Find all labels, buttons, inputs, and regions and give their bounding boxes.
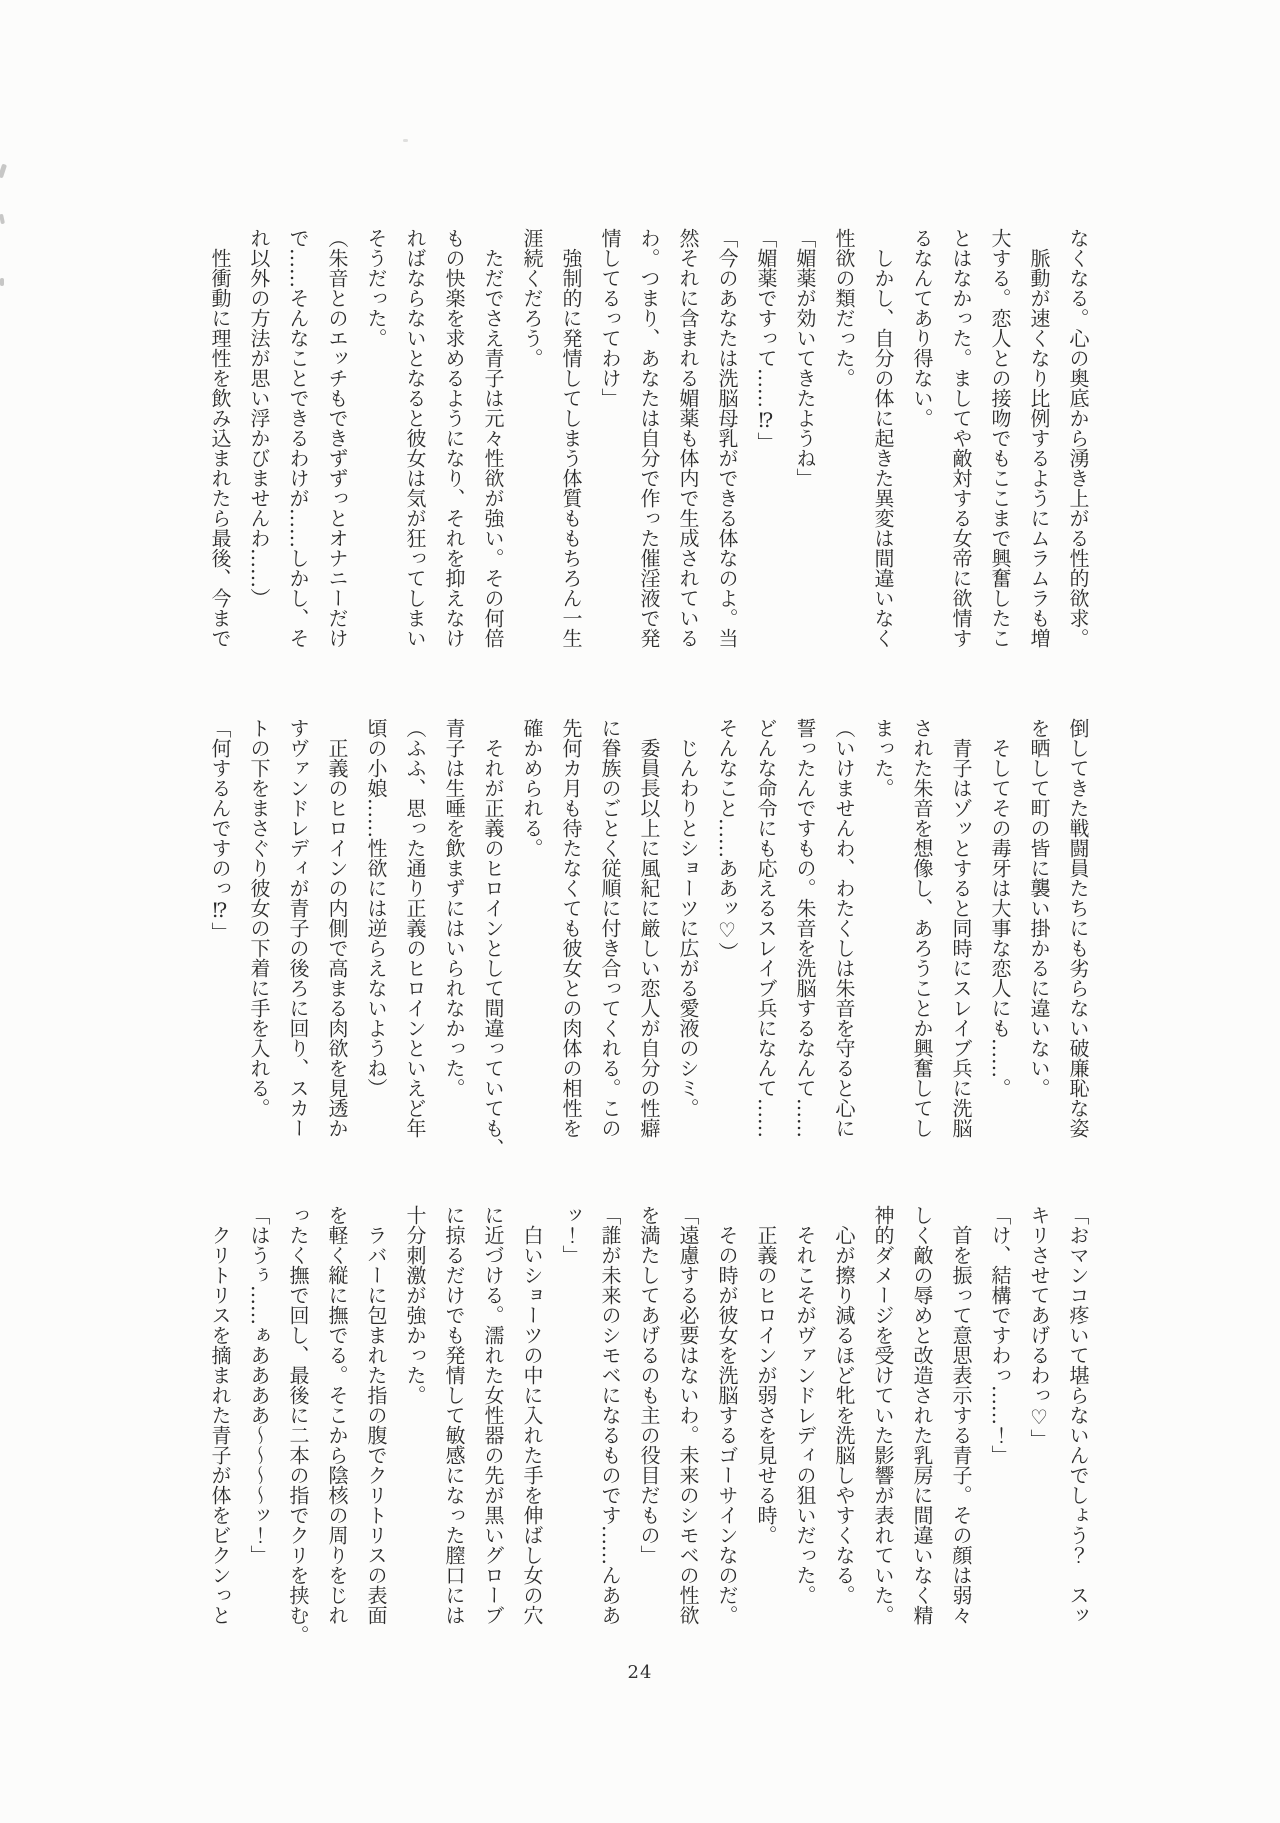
text-column: それこそがヴァンドレディの狙いだった。 — [785, 1205, 824, 1645]
text-block-middle: 倒してきた戦闘員たちにも劣らない破廉恥な姿を晒して町の皆に襲い掛かるに違いない。… — [200, 718, 1097, 1158]
text-column: 情してるってわけ」 — [590, 228, 629, 668]
text-column: その時が彼女を洗脳するゴーサインなのだ。 — [707, 1205, 746, 1645]
text-column: しく敵の辱めと改造された乳房に間違いなく精 — [902, 1205, 941, 1645]
text-column: 首を振って意思表示する青子。その顔は弱々 — [941, 1205, 980, 1645]
text-column: 大する。恋人との接吻でもここまで興奮したこ — [980, 228, 1019, 668]
text-column: 正義のヒロインの内側で高まる肉欲を見透か — [317, 718, 356, 1158]
text-column: そんなこと……ああッ♡） — [707, 718, 746, 1158]
text-column: ただでさえ青子は元々性欲が強い。その何倍 — [473, 228, 512, 668]
text-column: を満たしてあげるのも主の役目だもの」 — [629, 1205, 668, 1645]
text-column: 倒してきた戦闘員たちにも劣らない破廉恥な姿 — [1058, 718, 1097, 1158]
text-column: 心が擦り減るほど牝を洗脳しやすくなる。 — [824, 1205, 863, 1645]
text-column: トの下をまさぐり彼女の下着に手を入れる。 — [239, 718, 278, 1158]
text-column: 十分刺激が強かった。 — [395, 1205, 434, 1645]
text-column: 強制的に発情してしまう体質ももちろん一生 — [551, 228, 590, 668]
text-column: 誓ったんですもの。朱音を洗脳するなんて…… — [785, 718, 824, 1158]
scan-artifact — [0, 164, 7, 179]
text-column: された朱音を想像し、あろうことか興奮してし — [902, 718, 941, 1158]
page-number: 24 — [0, 1662, 1280, 1683]
text-column: キリさせてあげるわっ♡」 — [1019, 1205, 1058, 1645]
text-column: 委員長以上に風紀に厳しい恋人が自分の性癖 — [629, 718, 668, 1158]
text-column: ッ！」 — [551, 1205, 590, 1645]
text-column: 神的ダメージを受けていた影響が表れていた。 — [863, 1205, 902, 1645]
text-column: 先何カ月も待たなくても彼女との肉体の相性を — [551, 718, 590, 1158]
text-column: （いけませんわ、わたくしは朱音を守ると心に — [824, 718, 863, 1158]
text-column: （朱音とのエッチもできずずっとオナニーだけ — [317, 228, 356, 668]
text-column: もの快楽を求めるようになり、それを抑えなけ — [434, 228, 473, 668]
text-column: を晒して町の皆に襲い掛かるに違いない。 — [1019, 718, 1058, 1158]
text-column: すヴァンドレディが青子の後ろに回り、スカー — [278, 718, 317, 1158]
text-column: 青子はゾッとすると同時にスレイブ兵に洗脳 — [941, 718, 980, 1158]
text-block-bottom: 「おマンコ疼いて堪らないんでしょう？ スッキリさせてあげるわっ♡」「け、結構です… — [200, 1205, 1097, 1645]
text-column: 青子は生唾を飲まずにはいられなかった。 — [434, 718, 473, 1158]
text-column: クリトリスを摘まれた青子が体をビクンっと — [200, 1205, 239, 1645]
text-column: 頃の小娘……性欲には逆らえないようね） — [356, 718, 395, 1158]
text-column: 性欲の類だった。 — [824, 228, 863, 668]
text-column: を軽く縦に撫でる。そこから陰核の周りをじれ — [317, 1205, 356, 1645]
text-column: 「おマンコ疼いて堪らないんでしょう？ スッ — [1058, 1205, 1097, 1645]
text-column: ればならないとなると彼女は気が狂ってしまい — [395, 228, 434, 668]
text-column: 涯続くだろう。 — [512, 228, 551, 668]
scan-artifact — [403, 139, 408, 142]
text-column: に掠るだけでも発情して敏感になった膣口には — [434, 1205, 473, 1645]
text-column: ったく撫で回し、最後に二本の指でクリを挟む。 — [278, 1205, 317, 1645]
text-column: 「誰が未来のシモベになるものです……んああ — [590, 1205, 629, 1645]
text-column: 「はうぅ……ぁああああ～～～～ッ！」 — [239, 1205, 278, 1645]
text-column: じんわりとショーツに広がる愛液のシミ。 — [668, 718, 707, 1158]
text-column: 「媚薬が効いてきたようね」 — [785, 228, 824, 668]
text-column: 正義のヒロインが弱さを見せる時。 — [746, 1205, 785, 1645]
text-column: とはなかった。ましてや敵対する女帝に欲情す — [941, 228, 980, 668]
text-column: 「遠慮する必要はないわ。未来のシモベの性欲 — [668, 1205, 707, 1645]
text-column: 脈動が速くなり比例するようにムラムラも増 — [1019, 228, 1058, 668]
text-column: それが正義のヒロインとして間違っていても、 — [473, 718, 512, 1158]
text-column: 然それに含まれる媚薬も体内で生成されている — [668, 228, 707, 668]
text-column: れ以外の方法が思い浮かびませんわ……） — [239, 228, 278, 668]
text-column: そうだった。 — [356, 228, 395, 668]
text-column: そしてその毒牙は大事な恋人にも……。 — [980, 718, 1019, 1158]
text-column: るなんてあり得ない。 — [902, 228, 941, 668]
scan-artifact — [0, 278, 4, 286]
text-column: 「何するんですのっ⁉」 — [200, 718, 239, 1158]
text-column: しかし、自分の体に起きた異変は間違いなく — [863, 228, 902, 668]
text-column: 確かめられる。 — [512, 718, 551, 1158]
text-column: で……そんなことできるわけが……しかし、そ — [278, 228, 317, 668]
text-column: 白いショーツの中に入れた手を伸ばし女の穴 — [512, 1205, 551, 1645]
text-column: 性衝動に理性を飲み込まれたら最後、今まで — [200, 228, 239, 668]
text-column: 「媚薬ですって……⁉」 — [746, 228, 785, 668]
text-column: （ふふ、思った通り正義のヒロインといえど年 — [395, 718, 434, 1158]
text-column: 「今のあなたは洗脳母乳ができる体なのよ。当 — [707, 228, 746, 668]
text-column: 「け、結構ですわっ……！」 — [980, 1205, 1019, 1645]
text-column: どんな命令にも応えるスレイブ兵になんて…… — [746, 718, 785, 1158]
text-column: に近づける。濡れた女性器の先が黒いグローブ — [473, 1205, 512, 1645]
text-column: に眷族のごとく従順に付き合ってくれる。この — [590, 718, 629, 1158]
scan-artifact — [0, 214, 5, 225]
text-column: ラバーに包まれた指の腹でクリトリスの表面 — [356, 1205, 395, 1645]
text-block-top: なくなる。心の奥底から湧き上がる性的欲求。 脈動が速くなり比例するようにムラムラ… — [200, 228, 1097, 668]
text-column: まった。 — [863, 718, 902, 1158]
text-column: わ。つまり、あなたは自分で作った催淫液で発 — [629, 228, 668, 668]
scanned-page: なくなる。心の奥底から湧き上がる性的欲求。 脈動が速くなり比例するようにムラムラ… — [0, 0, 1280, 1823]
text-column: なくなる。心の奥底から湧き上がる性的欲求。 — [1058, 228, 1097, 668]
